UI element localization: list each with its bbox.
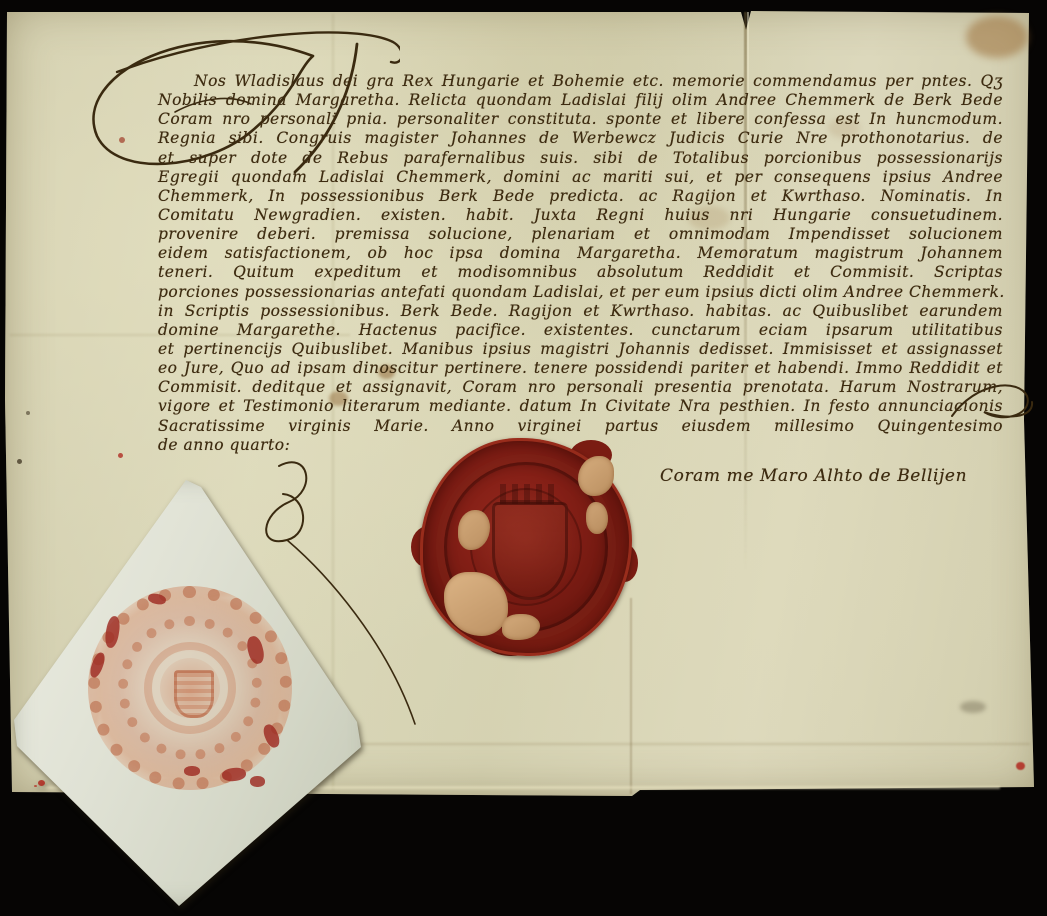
text-line: Sacratissime virginis Marie. Anno virgin… [158,417,1003,436]
papered-seal-coat-of-arms [174,670,214,718]
text-line: porciones possessionarias antefati quond… [158,283,1003,302]
text-line: domine Margarethe. Hactenus pacifice. ex… [158,321,1003,340]
text-line: Commisit. deditque et assignavit, Coram … [158,378,1003,397]
seal-wax-spot [250,776,265,787]
manuscript-photo: Nos Wladislaus dei gra Rex Hungarie et B… [0,0,1047,916]
text-line: Comitatu Newgradien. existen. habit. Jux… [158,206,1003,225]
red-speck [118,453,123,458]
text-line: Coram nro personali pnia. personaliter c… [158,110,1003,129]
text-line: eidem satisfactionem, ob hoc ipsa domina… [158,244,1003,263]
seal-paper-diamond [10,474,376,910]
dark-speck [26,411,30,415]
text-line: teneri. Quitum expeditum et modisomnibus… [158,263,1003,282]
red-speck [1016,762,1025,770]
text-line: Chemmerk, In possessionibus Berk Bede pr… [158,187,1003,206]
text-line: vigore et Testimonio literarum mediante.… [158,397,1003,416]
text-line: eo Jure, Quo ad ipsam dinoscitur pertine… [158,359,1003,378]
manuscript-text: Nos Wladislaus dei gra Rex Hungarie et B… [158,72,1003,455]
text-line: in Scriptis possessionibus. Berk Bede. R… [158,302,1003,321]
text-line: et pertinencijs Quibuslibet. Manibus ips… [158,340,1003,359]
loop-flourish [948,376,1038,432]
papered-seal [88,586,292,790]
text-line: Egregii quondam Ladislai Chemmerk, domin… [158,168,1003,187]
wax-seal-crown [500,484,554,504]
seal-wax-spot [221,767,246,782]
red-wax-seal [420,438,632,656]
seal-wax-spot [184,766,200,776]
text-line: Regnia sibi. Congruis magister Johannes … [158,129,1003,148]
wax-chip [586,502,608,534]
text-line: provenire deberi. premissa solucione, pl… [158,225,1003,244]
dark-speck [17,459,22,464]
text-line: et super dote de Rebus parafernalibus su… [158,149,1003,168]
text-line: Nos Wladislaus dei gra Rex Hungarie et B… [158,72,1003,91]
wax-seal-coat-of-arms [492,502,568,600]
notary-signature: Coram me Maro Alhto de Bellijen [660,466,1020,486]
text-line: Nobilis domina Margaretha. Relicta quond… [158,91,1003,110]
red-speck [38,780,45,786]
